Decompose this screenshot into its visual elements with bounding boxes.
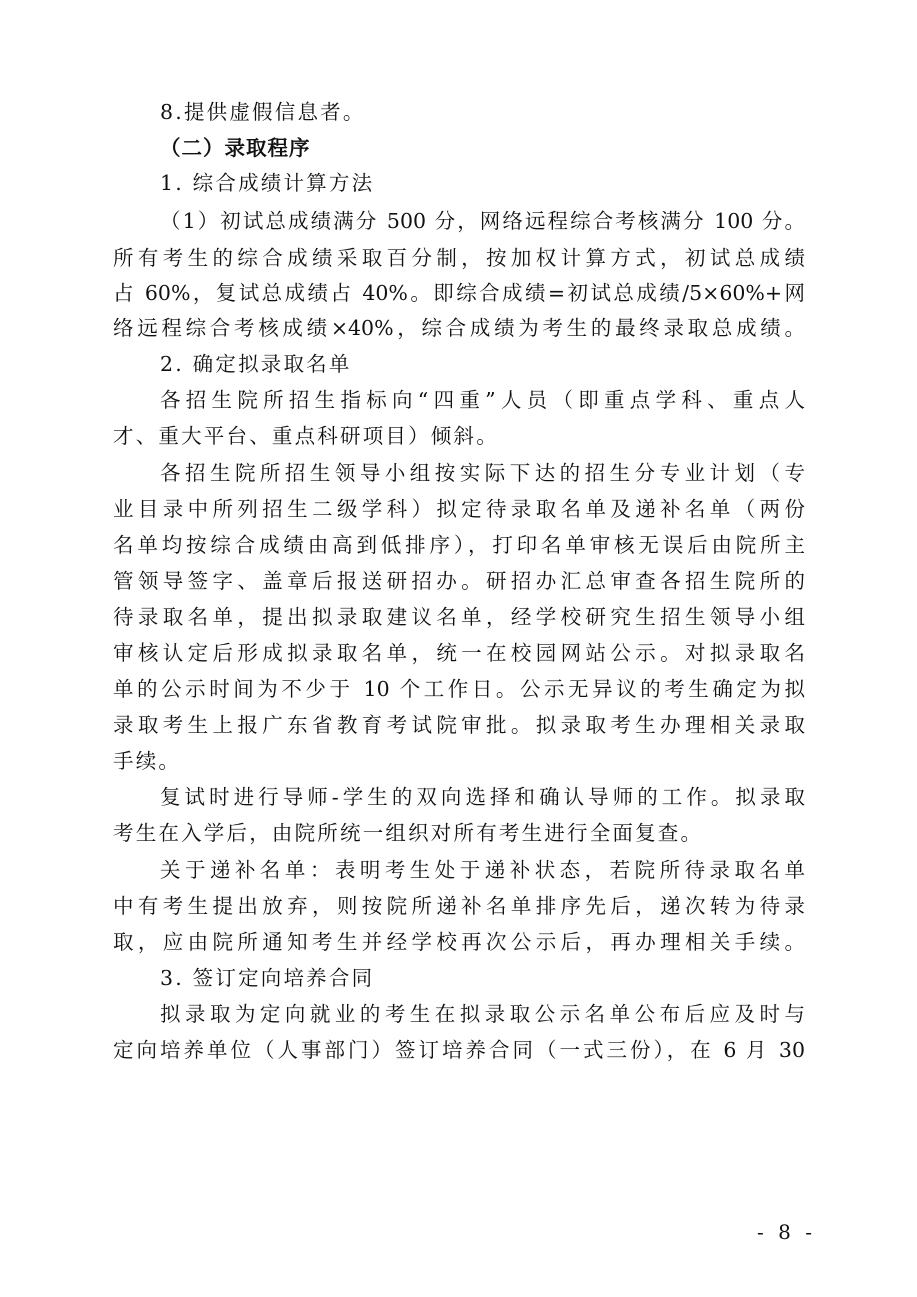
section-heading: （二）录取程序 bbox=[160, 136, 805, 160]
text-line: 管领导签字、盖章后报送研招办。研招办汇总审查各招生院所的 bbox=[113, 569, 805, 593]
text-line: 单的公示时间为不少于 10 个工作日。公示无异议的考生确定为拟 bbox=[113, 677, 805, 701]
text-line: 审核认定后形成拟录取名单，统一在校园网站公示。对拟录取名 bbox=[113, 641, 805, 665]
text-line: 业目录中所列招生二级学科）拟定待录取名单及递补名单（两份 bbox=[113, 497, 805, 521]
text-line: 待录取名单，提出拟录取建议名单，经学校研究生招生领导小组 bbox=[113, 605, 805, 629]
text-line: 3. 签订定向培养合同 bbox=[160, 966, 805, 990]
text-line: 关于递补名单：表明考生处于递补状态，若院所待录取名单 bbox=[160, 858, 805, 882]
text-line: 2. 确定拟录取名单 bbox=[160, 352, 805, 376]
text-line: 各招生院所招生领导小组按实际下达的招生分专业计划（专 bbox=[160, 461, 805, 485]
text-line: 手续。 bbox=[113, 749, 805, 773]
text-line: 占 60%，复试总成绩占 40%。即综合成绩=初试总成绩/5×60%+网 bbox=[113, 281, 805, 305]
text-line: 所有考生的综合成绩采取百分制，按加权计算方式，初试总成绩 bbox=[113, 246, 805, 270]
text-line: 拟录取为定向就业的考生在拟录取公示名单公布后应及时与 bbox=[160, 1002, 805, 1026]
text-line: 各招生院所招生指标向“四重”人员（即重点学科、重点人 bbox=[160, 388, 805, 412]
text-line: 名单均按综合成绩由高到低排序），打印名单审核无误后由院所主 bbox=[113, 533, 805, 557]
text-line: 复试时进行导师-学生的双向选择和确认导师的工作。拟录取 bbox=[160, 785, 805, 809]
text-line: 络远程综合考核成绩×40%，综合成绩为考生的最终录取总成绩。 bbox=[113, 316, 805, 340]
document-page: 8.提供虚假信息者。（二）录取程序1. 综合成绩计算方法（1）初试总成绩满分 5… bbox=[0, 0, 917, 1297]
text-line: （1）初试总成绩满分 500 分，网络远程综合考核满分 100 分。 bbox=[160, 209, 805, 233]
text-line: 取，应由院所通知考生并经学校再次公示后，再办理相关手续。 bbox=[113, 930, 805, 954]
text-line: 录取考生上报广东省教育考试院审批。拟录取考生办理相关录取 bbox=[113, 713, 805, 737]
text-line: 8.提供虚假信息者。 bbox=[160, 100, 805, 124]
text-line: 才、重大平台、重点科研项目）倾斜。 bbox=[113, 424, 805, 448]
text-line: 1. 综合成绩计算方法 bbox=[160, 171, 805, 195]
text-line: 考生在入学后，由院所统一组织对所有考生进行全面复查。 bbox=[113, 821, 805, 845]
text-line: 定向培养单位（人事部门）签订培养合同（一式三份），在 6 月 30 bbox=[113, 1038, 805, 1062]
page-number: - 8 - bbox=[757, 1220, 816, 1244]
text-line: 中有考生提出放弃，则按院所递补名单排序先后，递次转为待录 bbox=[113, 894, 805, 918]
